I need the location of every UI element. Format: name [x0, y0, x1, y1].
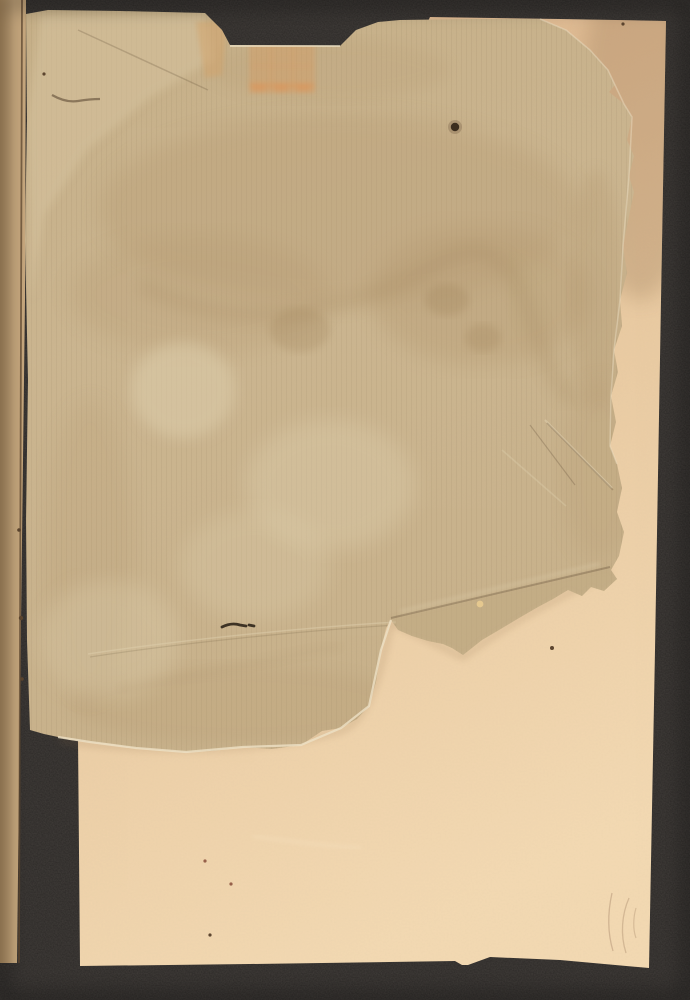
stain-right-streak — [570, 170, 622, 410]
worn-light-patch-1 — [131, 342, 235, 438]
stain-pocket-1 — [270, 308, 330, 352]
album-speck-4 — [229, 882, 232, 885]
yellow-spot — [477, 601, 484, 608]
album-speck-5 — [208, 933, 211, 936]
gutter-speck-3 — [20, 677, 24, 681]
stain-top-band — [210, 40, 450, 100]
scan-canvas — [0, 0, 690, 1000]
gutter-speck-1 — [17, 528, 21, 532]
album-speck-1 — [621, 22, 624, 25]
ink-dot — [451, 123, 459, 131]
scanned-book-page — [0, 0, 690, 1000]
gutter-speck-2 — [19, 616, 23, 620]
album-speck-3 — [203, 859, 206, 862]
paper-speck-1 — [42, 72, 45, 75]
stain-pocket-3 — [465, 324, 501, 352]
stamp-bottom-cell-2 — [275, 84, 287, 92]
stamp-bottom-cell-1 — [253, 84, 265, 92]
worn-light-patch-3 — [180, 510, 330, 620]
stain-pocket-2 — [425, 284, 469, 316]
stamp-bottom-cell-3 — [297, 84, 309, 92]
album-speck-2 — [550, 646, 554, 650]
